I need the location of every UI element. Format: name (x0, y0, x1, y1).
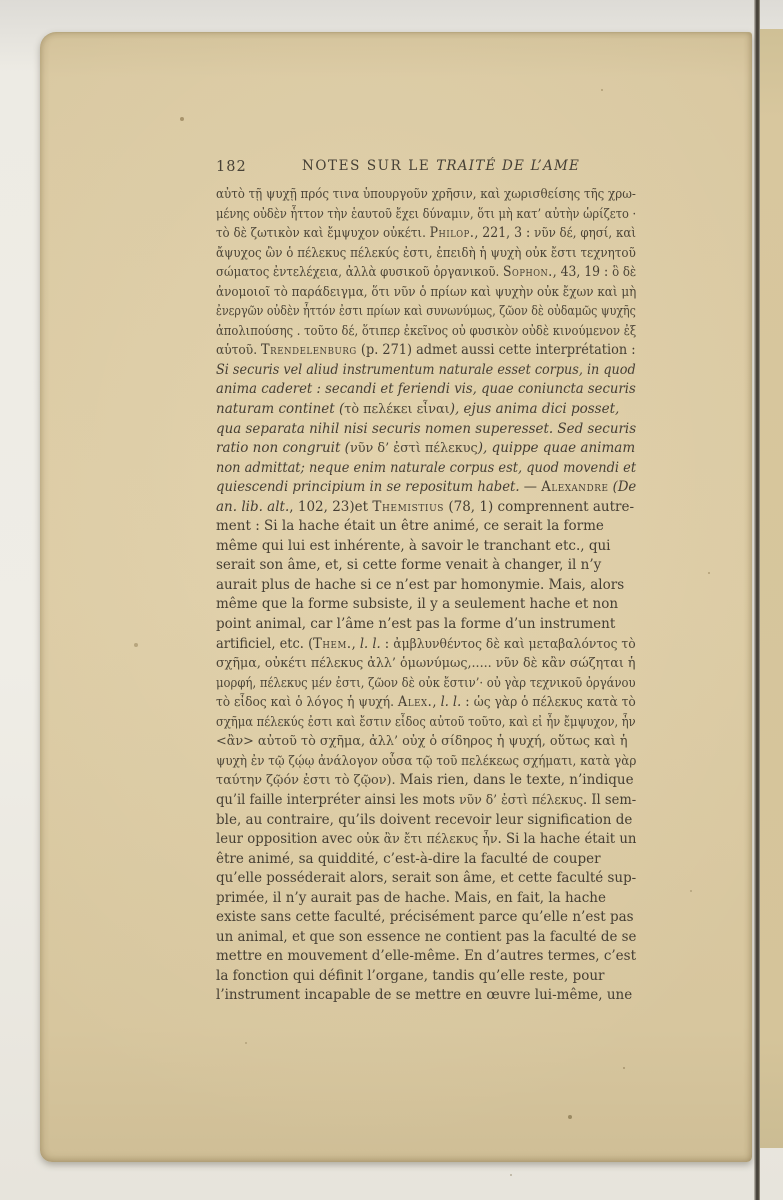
text-segment: οὐκ ἂν ἔτι πέλεκυς ἦν (357, 832, 498, 847)
next-page-edge (760, 29, 783, 1148)
text-line: non admittat; neque enim naturale corpus… (216, 459, 620, 479)
text-line: ment : Si la hache était un être animé, … (216, 517, 636, 537)
text-line: ταύτην ζῷόν ἐστι τὸ ζῷον). Mais rien, da… (216, 771, 636, 791)
text-segment: τὸ δὲ ζωτικὸν καὶ ἔμψυχον οὐκέτι. (216, 226, 430, 241)
text-segment: qu’il faille interpréter ainsi les mots (216, 792, 459, 808)
text-segment: anima caderet : secandi et feriendi vis,… (216, 381, 636, 397)
text-segment: Themistius (372, 499, 444, 515)
text-segment: ἀπολιπούσης . τοῦτο δέ, ὅτιπερ ἐκεῖνος ο… (216, 324, 636, 339)
text-line: même que la forme subsiste, il y a seule… (216, 595, 636, 615)
text-segment: primée, il n’y aurait pas de hache. Mais… (216, 890, 606, 906)
text-line: primée, il n’y aurait pas de hache. Mais… (216, 889, 636, 909)
text-segment: ble, au contraire, qu’ils doivent recevo… (216, 812, 632, 828)
text-line: naturam continet (τὸ πελέκει εἶναι), eju… (216, 400, 636, 420)
text-segment: ratio non congruit ( (216, 440, 350, 456)
text-segment: . Si la hache était un (498, 831, 637, 847)
text-line: ἀπολιπούσης . τοῦτο δέ, ὅτιπερ ἐκεῖνος ο… (216, 322, 595, 342)
text-line: anima caderet : secandi et feriendi vis,… (216, 380, 627, 400)
text-segment: artificiel, etc. ( (216, 636, 313, 652)
text-line: qua separata nihil nisi securis nomen su… (216, 420, 634, 440)
text-segment: ), quippe quae animam (478, 440, 635, 456)
running-title-italic: TRAITÉ DE L’AME (436, 158, 580, 174)
text-segment: même qui lui est inhérente, à savoir le … (216, 538, 610, 554)
text-line: la fonction qui définit l’organe, tandis… (216, 967, 636, 987)
text-line: Si securis vel aliud instrumentum natura… (216, 361, 614, 381)
text-segment: l’instrument incapable de se mettre en œ… (216, 987, 632, 1003)
text-segment: point animal, car l’âme n’est pas la for… (216, 616, 615, 632)
running-title-roman: NOTES SUR LE (302, 158, 436, 174)
text-segment: leur opposition avec (216, 831, 357, 847)
text-segment: ment : Si la hache était un être animé, … (216, 518, 604, 534)
text-line: quiescendi principium in se repositum ha… (216, 478, 627, 498)
text-segment: αὑτοῦ. (216, 343, 261, 358)
text-line: leur opposition avec οὐκ ἂν ἔτι πέλεκυς … (216, 830, 629, 850)
text-line: point animal, car l’âme n’est pas la for… (216, 615, 636, 635)
scanned-page: 182 NOTES SUR LE TRAITÉ DE L’AME αὐτὸ τῇ… (40, 32, 752, 1162)
text-segment: μένης οὐδὲν ἧττον τὴν ἑαυτοῦ ἔχει δύναμι… (216, 207, 636, 222)
text-segment: σχῆμα, οὐκέτι πέλεκυς ἀλλ’ ὁμωνύμως,....… (216, 656, 636, 671)
text-segment: τὸ εἶδος καὶ ὁ λόγος ἡ ψυχή. (216, 695, 398, 710)
text-segment: σχῆμα πέλεκύς ἐστι καὶ ἔστιν εἶδος αὐτοῦ… (216, 715, 636, 730)
text-segment: un animal, et que son essence ne contien… (216, 929, 636, 945)
text-segment: Mais rien, dans le texte, n’indique (400, 772, 634, 788)
text-line: <ἂν> αὐτοῦ τὸ σχῆμα, ἀλλ’ οὐχ ὁ σίδηρος … (216, 732, 636, 752)
text-segment: Them. (313, 636, 351, 652)
text-line: an. lib. alt., 102, 23)et Themistius (78… (216, 498, 636, 518)
page-gutter-shadow (754, 0, 760, 1200)
text-segment: νῦν δ’ ἐστὶ πέλεκυς (459, 793, 583, 808)
text-segment: ), ejus anima dici posset, (450, 401, 620, 417)
text-line: μένης οὐδὲν ἧττον τὴν ἑαυτοῦ ἔχει δύναμι… (216, 205, 591, 225)
text-segment: ὡς γὰρ ὁ πέλεκυς κατὰ τὸ (474, 695, 636, 710)
text-segment: l. l. (360, 636, 381, 652)
text-line: αὑτοῦ. Trendelenburg (p. 271) admet auss… (216, 341, 617, 361)
text-line: être animé, sa quiddité, c’est-à-dire la… (216, 850, 636, 870)
text-segment: (p. 271) admet aussi cette interprétatio… (357, 342, 636, 358)
text-line: σώματος ἐντελέχεια, ἀλλὰ φυσικοῦ ὀργανικ… (216, 263, 601, 283)
text-segment: : (381, 636, 394, 652)
text-segment: ὃ δὲ (612, 265, 636, 280)
page-number: 182 (216, 159, 247, 175)
text-segment: la fonction qui définit l’organe, tandis… (216, 968, 605, 984)
text-line: τὸ εἶδος καὶ ὁ λόγος ἡ ψυχή. Alex., l. l… (216, 693, 618, 713)
text-line: ble, au contraire, qu’ils doivent recevo… (216, 811, 636, 831)
text-segment: ἄψυχος ὢν ὁ πέλεκυς πέλεκύς ἐστι, ἐπειδὴ… (216, 246, 636, 261)
text-segment: serait son âme, et, si cette forme venai… (216, 557, 601, 573)
text-segment: l. l. (441, 694, 462, 710)
text-line: qu’elle posséderait alors, serait son âm… (216, 869, 634, 889)
text-line: un animal, et que son essence ne contien… (216, 928, 633, 948)
text-segment: : (461, 694, 474, 710)
text-segment: Alex. (398, 694, 432, 710)
text-segment: νῦν δ’ ἐστὶ πέλεκυς (350, 441, 478, 456)
text-segment: (De (608, 479, 636, 495)
text-segment: ἀνομοιοῖ τὸ παράδειγμα, ὅτι νῦν ὁ πρίων … (216, 285, 636, 300)
text-line: μορφή, πέλεκυς μέν ἐστι, ζῶον δὲ οὐκ ἔστ… (216, 674, 597, 694)
text-segment: ἀμβλυνθέντος δὲ καὶ μεταβαλόντος τὸ (393, 637, 635, 652)
text-segment: quiescendi principium in se repositum ha… (216, 479, 520, 495)
text-segment: τὸ πελέκει εἶναι (344, 402, 449, 417)
text-segment: ἐνεργῶν οὐδὲν ἧττόν ἐστι πρίων καὶ συνων… (216, 304, 636, 319)
text-segment: ψυχὴ ἐν τῷ ζῴῳ ἀνάλογον οὖσα τῷ τοῦ πελέ… (216, 754, 636, 769)
text-line: ἐνεργῶν οὐδὲν ἧττόν ἐστι πρίων καὶ συνων… (216, 302, 580, 322)
text-segment: . Il sem- (583, 792, 636, 808)
text-line: mettre en mouvement d’elle-même. En d’au… (216, 947, 636, 967)
text-line: qu’il faille interpréter ainsi les mots … (216, 791, 623, 811)
text-segment: (78, 1) comprennent autre- (444, 499, 634, 515)
text-line: ψυχὴ ἐν τῷ ζῴῳ ἀνάλογον οὖσα τῷ τοῦ πελέ… (216, 752, 608, 772)
text-segment: , 221, 3 : (474, 225, 534, 241)
text-segment: μορφή, πέλεκυς μέν ἐστι, ζῶον δὲ οὐκ ἔστ… (216, 676, 636, 691)
text-segment: Trendelenburg (261, 342, 357, 358)
text-line: existe sans cette faculté, précisément p… (216, 908, 636, 928)
text-line: même qui lui est inhérente, à savoir le … (216, 537, 636, 557)
text-segment: existe sans cette faculté, précisément p… (216, 909, 634, 925)
text-line: l’instrument incapable de se mettre en œ… (216, 986, 636, 1006)
scan-background: 182 NOTES SUR LE TRAITÉ DE L’AME αὐτὸ τῇ… (0, 0, 783, 1200)
text-segment: même que la forme subsiste, il y a seule… (216, 596, 618, 612)
text-segment: — (520, 479, 542, 495)
text-segment: , 43, 19 : (553, 264, 612, 280)
text-line: αὐτὸ τῇ ψυχῇ πρός τινα ὑπουργοῦν χρῆσιν,… (216, 185, 605, 205)
text-segment: Sophon. (503, 264, 553, 280)
text-line: σχῆμα πέλεκύς ἐστι καὶ ἔστιν εἶδος αὐτοῦ… (216, 713, 594, 733)
text-segment: Alexandre (541, 479, 608, 495)
text-segment: Si securis vel aliud instrumentum natura… (216, 362, 636, 378)
text-segment: σώματος ἐντελέχεια, ἀλλὰ φυσικοῦ ὀργανικ… (216, 265, 503, 280)
text-segment: , 102, 23)et (289, 499, 372, 515)
text-segment: Philop. (430, 225, 475, 241)
text-segment: ταύτην ζῷόν ἐστι τὸ ζῷον). (216, 773, 400, 788)
text-line: ἀνομοιοῖ τὸ παράδειγμα, ὅτι νῦν ὁ πρίων … (216, 283, 609, 303)
text-line: ἄψυχος ὢν ὁ πέλεκυς πέλεκύς ἐστι, ἐπειδὴ… (216, 244, 607, 264)
text-segment: νῦν δέ, φησί, καὶ (534, 226, 636, 241)
text-segment: αὐτὸ τῇ ψυχῇ πρός τινα ὑπουργοῦν χρῆσιν,… (216, 187, 636, 202)
text-segment: an. lib. alt. (216, 499, 289, 515)
running-title: NOTES SUR LE TRAITÉ DE L’AME (246, 158, 636, 174)
text-line: τὸ δὲ ζωτικὸν καὶ ἔμψυχον οὐκέτι. Philop… (216, 224, 605, 244)
text-segment: naturam continet ( (216, 401, 344, 417)
text-segment: aurait plus de hache si ce n’est par hom… (216, 577, 624, 593)
text-line: aurait plus de hache si ce n’est par hom… (216, 576, 636, 596)
text-segment: mettre en mouvement d’elle-même. En d’au… (216, 948, 636, 964)
text-segment: <ἂν> αὐτοῦ τὸ σχῆμα, ἀλλ’ οὐχ ὁ σίδηρος … (216, 734, 627, 749)
text-segment: qu’elle posséderait alors, serait son âm… (216, 870, 636, 886)
text-segment: qua separata nihil nisi securis nomen su… (216, 421, 636, 437)
text-segment: non admittat; neque enim naturale corpus… (216, 460, 636, 476)
text-segment: être animé, sa quiddité, c’est-à-dire la… (216, 851, 601, 867)
text-segment: , (432, 694, 440, 710)
page-header: 182 NOTES SUR LE TRAITÉ DE L’AME (216, 158, 636, 178)
text-line: artificiel, etc. (Them., l. l. : ἀμβλυνθ… (216, 635, 621, 655)
paper-speckles (40, 32, 42, 34)
text-block: αὐτὸ τῇ ψυχῇ πρός τινα ὑπουργοῦν χρῆσιν,… (216, 185, 636, 1006)
text-line: ratio non congruit (νῦν δ’ ἐστὶ πέλεκυς)… (216, 439, 636, 459)
text-line: serait son âme, et, si cette forme venai… (216, 556, 636, 576)
text-line: σχῆμα, οὐκέτι πέλεκυς ἀλλ’ ὁμωνύμως,....… (216, 654, 633, 674)
